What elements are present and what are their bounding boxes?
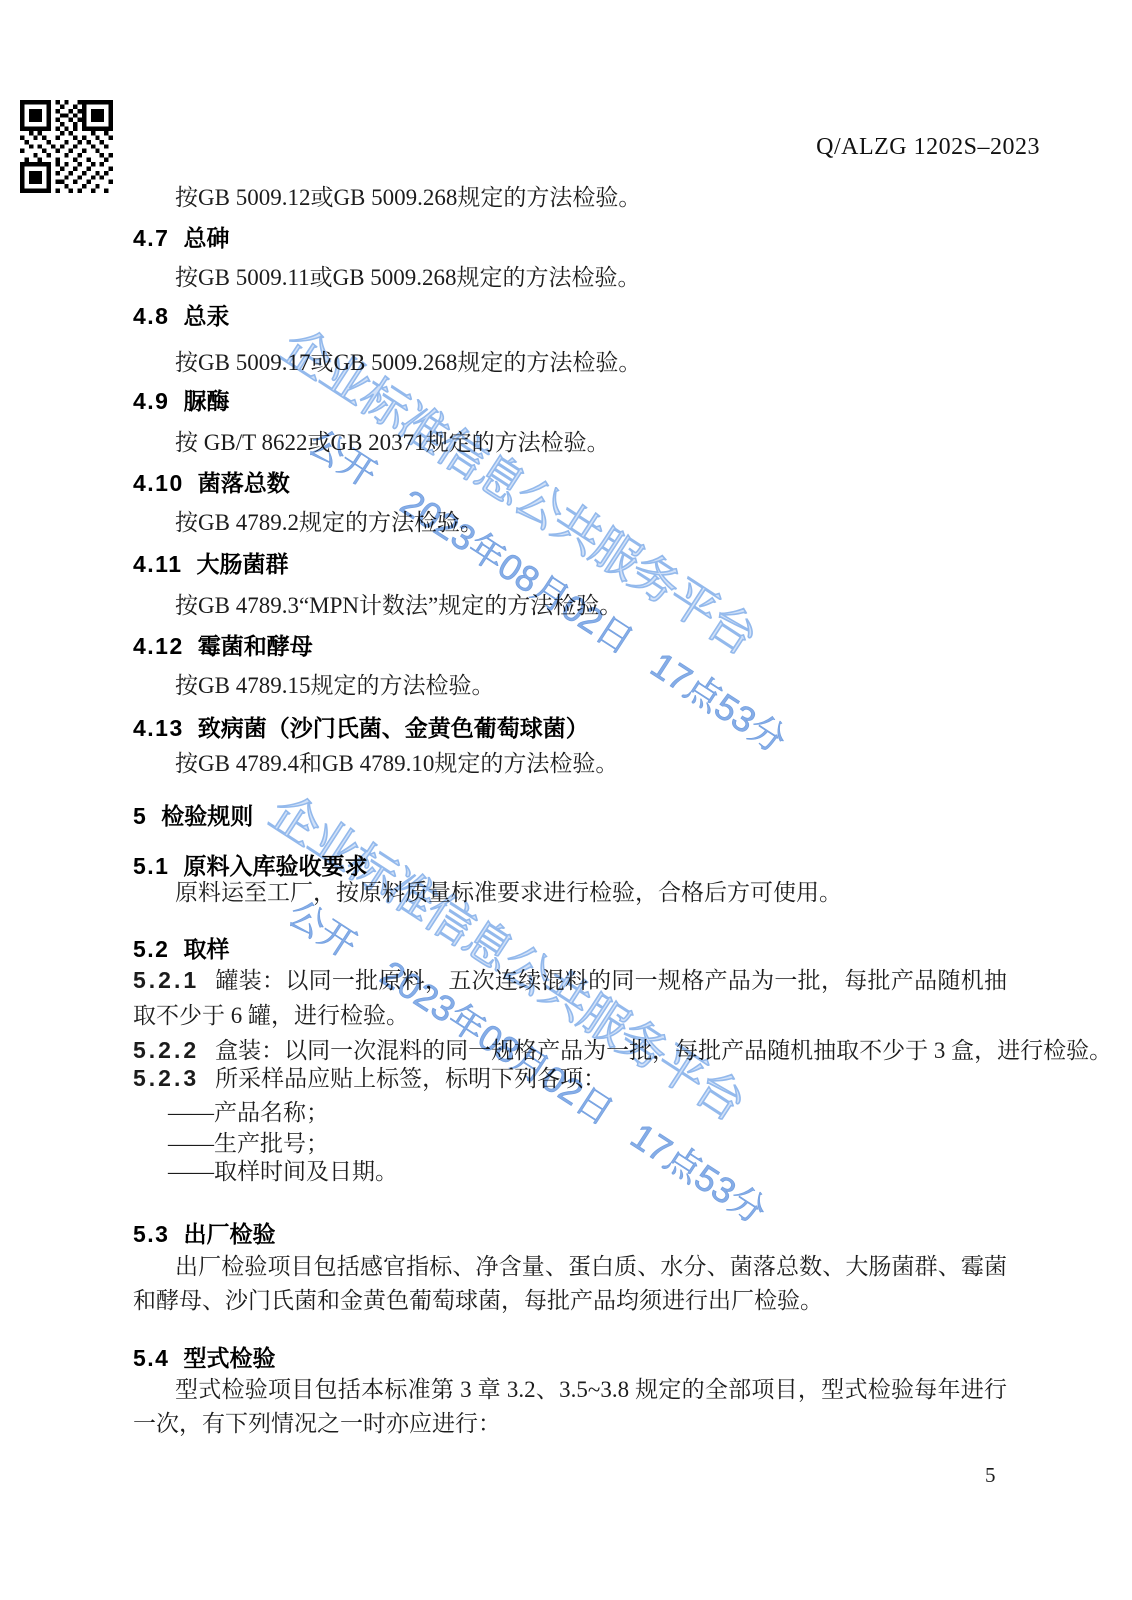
section-5-3-body: 出厂检验项目包括感官指标、净含量、蛋白质、水分、菌落总数、大肠菌群、霉菌和酵母、… — [133, 1250, 1007, 1318]
clause-5-2-3: 5.2.3所采样品应贴上标签，标明下列各项： — [133, 1061, 1007, 1096]
section-5-4-body: 型式检验项目包括本标准第 3 章 3.2、3.5~3.8 规定的全部项目，型式检… — [133, 1373, 1007, 1441]
doc-number: Q/ALZG 1202S–2023 — [700, 132, 1040, 162]
section-5-2-heading: 5.2取样 — [133, 933, 229, 965]
section-number: 5.2 — [133, 936, 169, 962]
section-number: 5.3 — [133, 1221, 169, 1247]
clause-number: 5.2.2 — [133, 1037, 199, 1063]
section-number: 5.4 — [133, 1345, 169, 1371]
section-4-11-heading: 4.11大肠菌群 — [133, 548, 289, 580]
label-item-product-name: ——产品名称； — [168, 1097, 329, 1129]
clause-number: 5.2.3 — [133, 1065, 199, 1091]
section-4-8-heading: 4.8总汞 — [133, 300, 229, 332]
section-title: 型式检验 — [183, 1345, 275, 1371]
section-title: 总汞 — [183, 303, 229, 329]
section-4-7-body: 按GB 5009.11或GB 5009.268规定的方法检验。 — [175, 262, 641, 294]
paragraph-4-6-method: 按GB 5009.12或GB 5009.268规定的方法检验。 — [175, 182, 641, 214]
section-4-9-body: 按 GB/T 8622或GB 20371规定的方法检验。 — [175, 427, 610, 459]
section-number: 4.10 — [133, 470, 184, 496]
section-number: 4.12 — [133, 633, 184, 659]
clause-5-2-1: 5.2.1罐装：以同一批原料，五次连续混料的同一规格产品为一批，每批产品随机抽取… — [133, 963, 1007, 1033]
section-title: 出厂检验 — [183, 1221, 275, 1247]
label-item-sampling-time: ——取样时间及日期。 — [168, 1156, 398, 1188]
chapter-5-heading: 5检验规则 — [133, 800, 253, 832]
section-number: 4.13 — [133, 715, 184, 741]
section-title: 取样 — [183, 936, 229, 962]
document-page: Q/ALZG 1202S–2023 企业标准信息公共服务平台 公开2023年08… — [0, 0, 1132, 1600]
page-number: 5 — [985, 1461, 996, 1489]
section-number: 4.9 — [133, 388, 169, 414]
clause-number: 5.2.1 — [133, 967, 199, 993]
chapter-number: 5 — [133, 803, 147, 829]
section-number: 4.7 — [133, 225, 169, 251]
section-4-12-body: 按GB 4789.15规定的方法检验。 — [175, 670, 494, 702]
section-5-4-heading: 5.4型式检验 — [133, 1342, 275, 1374]
section-number: 4.11 — [133, 551, 183, 577]
section-title: 霉菌和酵母 — [198, 633, 313, 659]
section-4-7-heading: 4.7总砷 — [133, 222, 229, 254]
chapter-title: 检验规则 — [161, 803, 253, 829]
section-5-1-body: 原料运至工厂，按原料质量标准要求进行检验，合格后方可使用。 — [175, 877, 842, 909]
qr-code — [20, 100, 113, 193]
section-number: 4.8 — [133, 303, 169, 329]
section-4-8-body: 按GB 5009.17或GB 5009.268规定的方法检验。 — [175, 347, 641, 379]
section-5-3-heading: 5.3出厂检验 — [133, 1218, 275, 1250]
section-4-12-heading: 4.12霉菌和酵母 — [133, 630, 313, 662]
clause-text: 所采样品应贴上标签，标明下列各项： — [215, 1066, 606, 1091]
section-4-13-body: 按GB 4789.4和GB 4789.10规定的方法检验。 — [175, 748, 618, 780]
clause-text: 盒装：以同一次混料的同一规格产品为一批，每批产品随机抽取不少于 3 盒，进行检验… — [215, 1038, 1112, 1063]
section-title: 致病菌（沙门氏菌、金黄色葡萄球菌） — [198, 715, 589, 741]
section-title: 大肠菌群 — [197, 551, 289, 577]
section-title: 菌落总数 — [198, 470, 290, 496]
section-title: 总砷 — [183, 225, 229, 251]
section-4-10-heading: 4.10菌落总数 — [133, 467, 290, 499]
section-4-13-heading: 4.13致病菌（沙门氏菌、金黄色葡萄球菌） — [133, 712, 589, 744]
watermark-time: 17点53分 — [644, 644, 794, 761]
watermark-time: 17点53分 — [624, 1115, 774, 1232]
section-title: 脲酶 — [183, 388, 229, 414]
section-title: 原料入库验收要求 — [183, 853, 367, 879]
section-4-9-heading: 4.9脲酶 — [133, 385, 229, 417]
section-number: 5.1 — [133, 853, 169, 879]
section-4-10-body: 按GB 4789.2规定的方法检验。 — [175, 507, 483, 539]
clause-text: 罐装：以同一批原料，五次连续混料的同一规格产品为一批，每批产品随机抽取不少于 6… — [133, 968, 1007, 1028]
section-4-11-body: 按GB 4789.3“MPN计数法”规定的方法检验。 — [175, 590, 622, 622]
